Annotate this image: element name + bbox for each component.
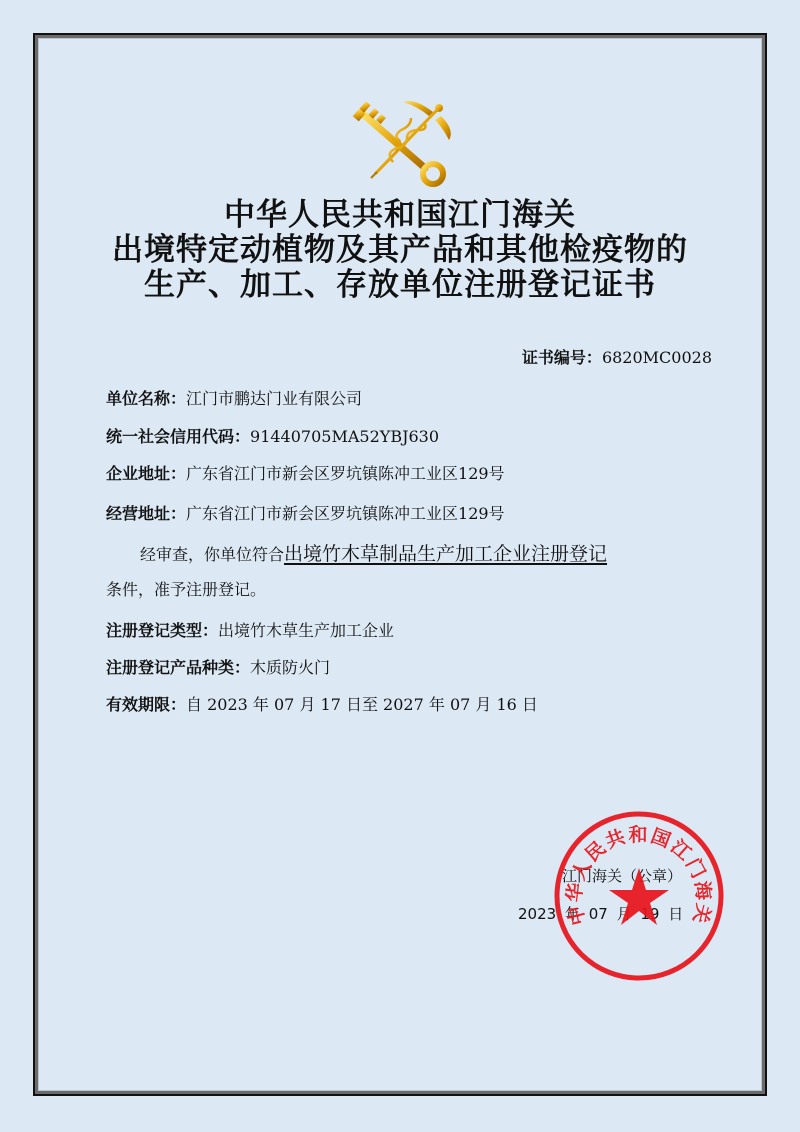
certificate-number-value: 6820MC0028 [602,348,712,367]
field-value: 广东省江门市新会区罗坑镇陈冲工业区129号 [186,504,505,523]
field-value: 自 2023 年 07 月 17 日至 2027 年 07 月 16 日 [186,695,538,714]
field-label: 有效期限： [106,695,186,714]
field-value: 出境竹木草生产加工企业 [218,621,394,640]
statement-prefix: 经审查，你单位符合 [140,545,284,564]
registration-type: 注册登记类型：出境竹木草生产加工企业 [106,620,394,642]
field-value: 91440705MA52YBJ630 [250,427,439,446]
field-value: 广东省江门市新会区罗坑镇陈冲工业区129号 [186,464,505,483]
statement-emphasis: 出境竹木草制品生产加工企业注册登记 [284,543,607,565]
field-label: 统一社会信用代码： [106,427,250,446]
field-value: 木质防火门 [250,658,330,677]
registration-product-category: 注册登记产品种类：木质防火门 [106,657,330,679]
statement-line-2: 条件，准予注册登记。 [106,579,266,601]
statement-line-1: 经审查，你单位符合出境竹木草制品生产加工企业注册登记 [140,543,607,566]
customs-emblem-icon [345,96,460,188]
validity-period: 有效期限：自 2023 年 07 月 17 日至 2027 年 07 月 16 … [106,694,538,716]
field-label: 经营地址： [106,504,186,523]
field-value: 江门市鹏达门业有限公司 [186,389,362,408]
field-label: 单位名称： [106,389,186,408]
certificate-number-label: 证书编号： [522,348,602,367]
field-credit-code: 统一社会信用代码：91440705MA52YBJ630 [106,426,439,448]
field-label: 企业地址： [106,464,186,483]
statement-suffix: 条件，准予注册登记。 [106,580,266,599]
field-unit-name: 单位名称：江门市鹏达门业有限公司 [106,388,362,410]
field-label: 注册登记产品种类： [106,658,250,677]
field-label: 注册登记类型： [106,621,218,640]
field-business-address: 经营地址：广东省江门市新会区罗坑镇陈冲工业区129号 [106,503,505,525]
official-seal-icon: 中华人民共和国江门海关 [553,810,725,982]
certificate-number: 证书编号：6820MC0028 [0,345,712,368]
title-line-3: 生产、加工、存放单位注册登记证书 [0,266,800,304]
title-line-2: 出境特定动植物及其产品和其他检疫物的 [0,231,800,269]
field-company-address: 企业地址：广东省江门市新会区罗坑镇陈冲工业区129号 [106,463,505,485]
title-line-1: 中华人民共和国江门海关 [0,196,800,234]
